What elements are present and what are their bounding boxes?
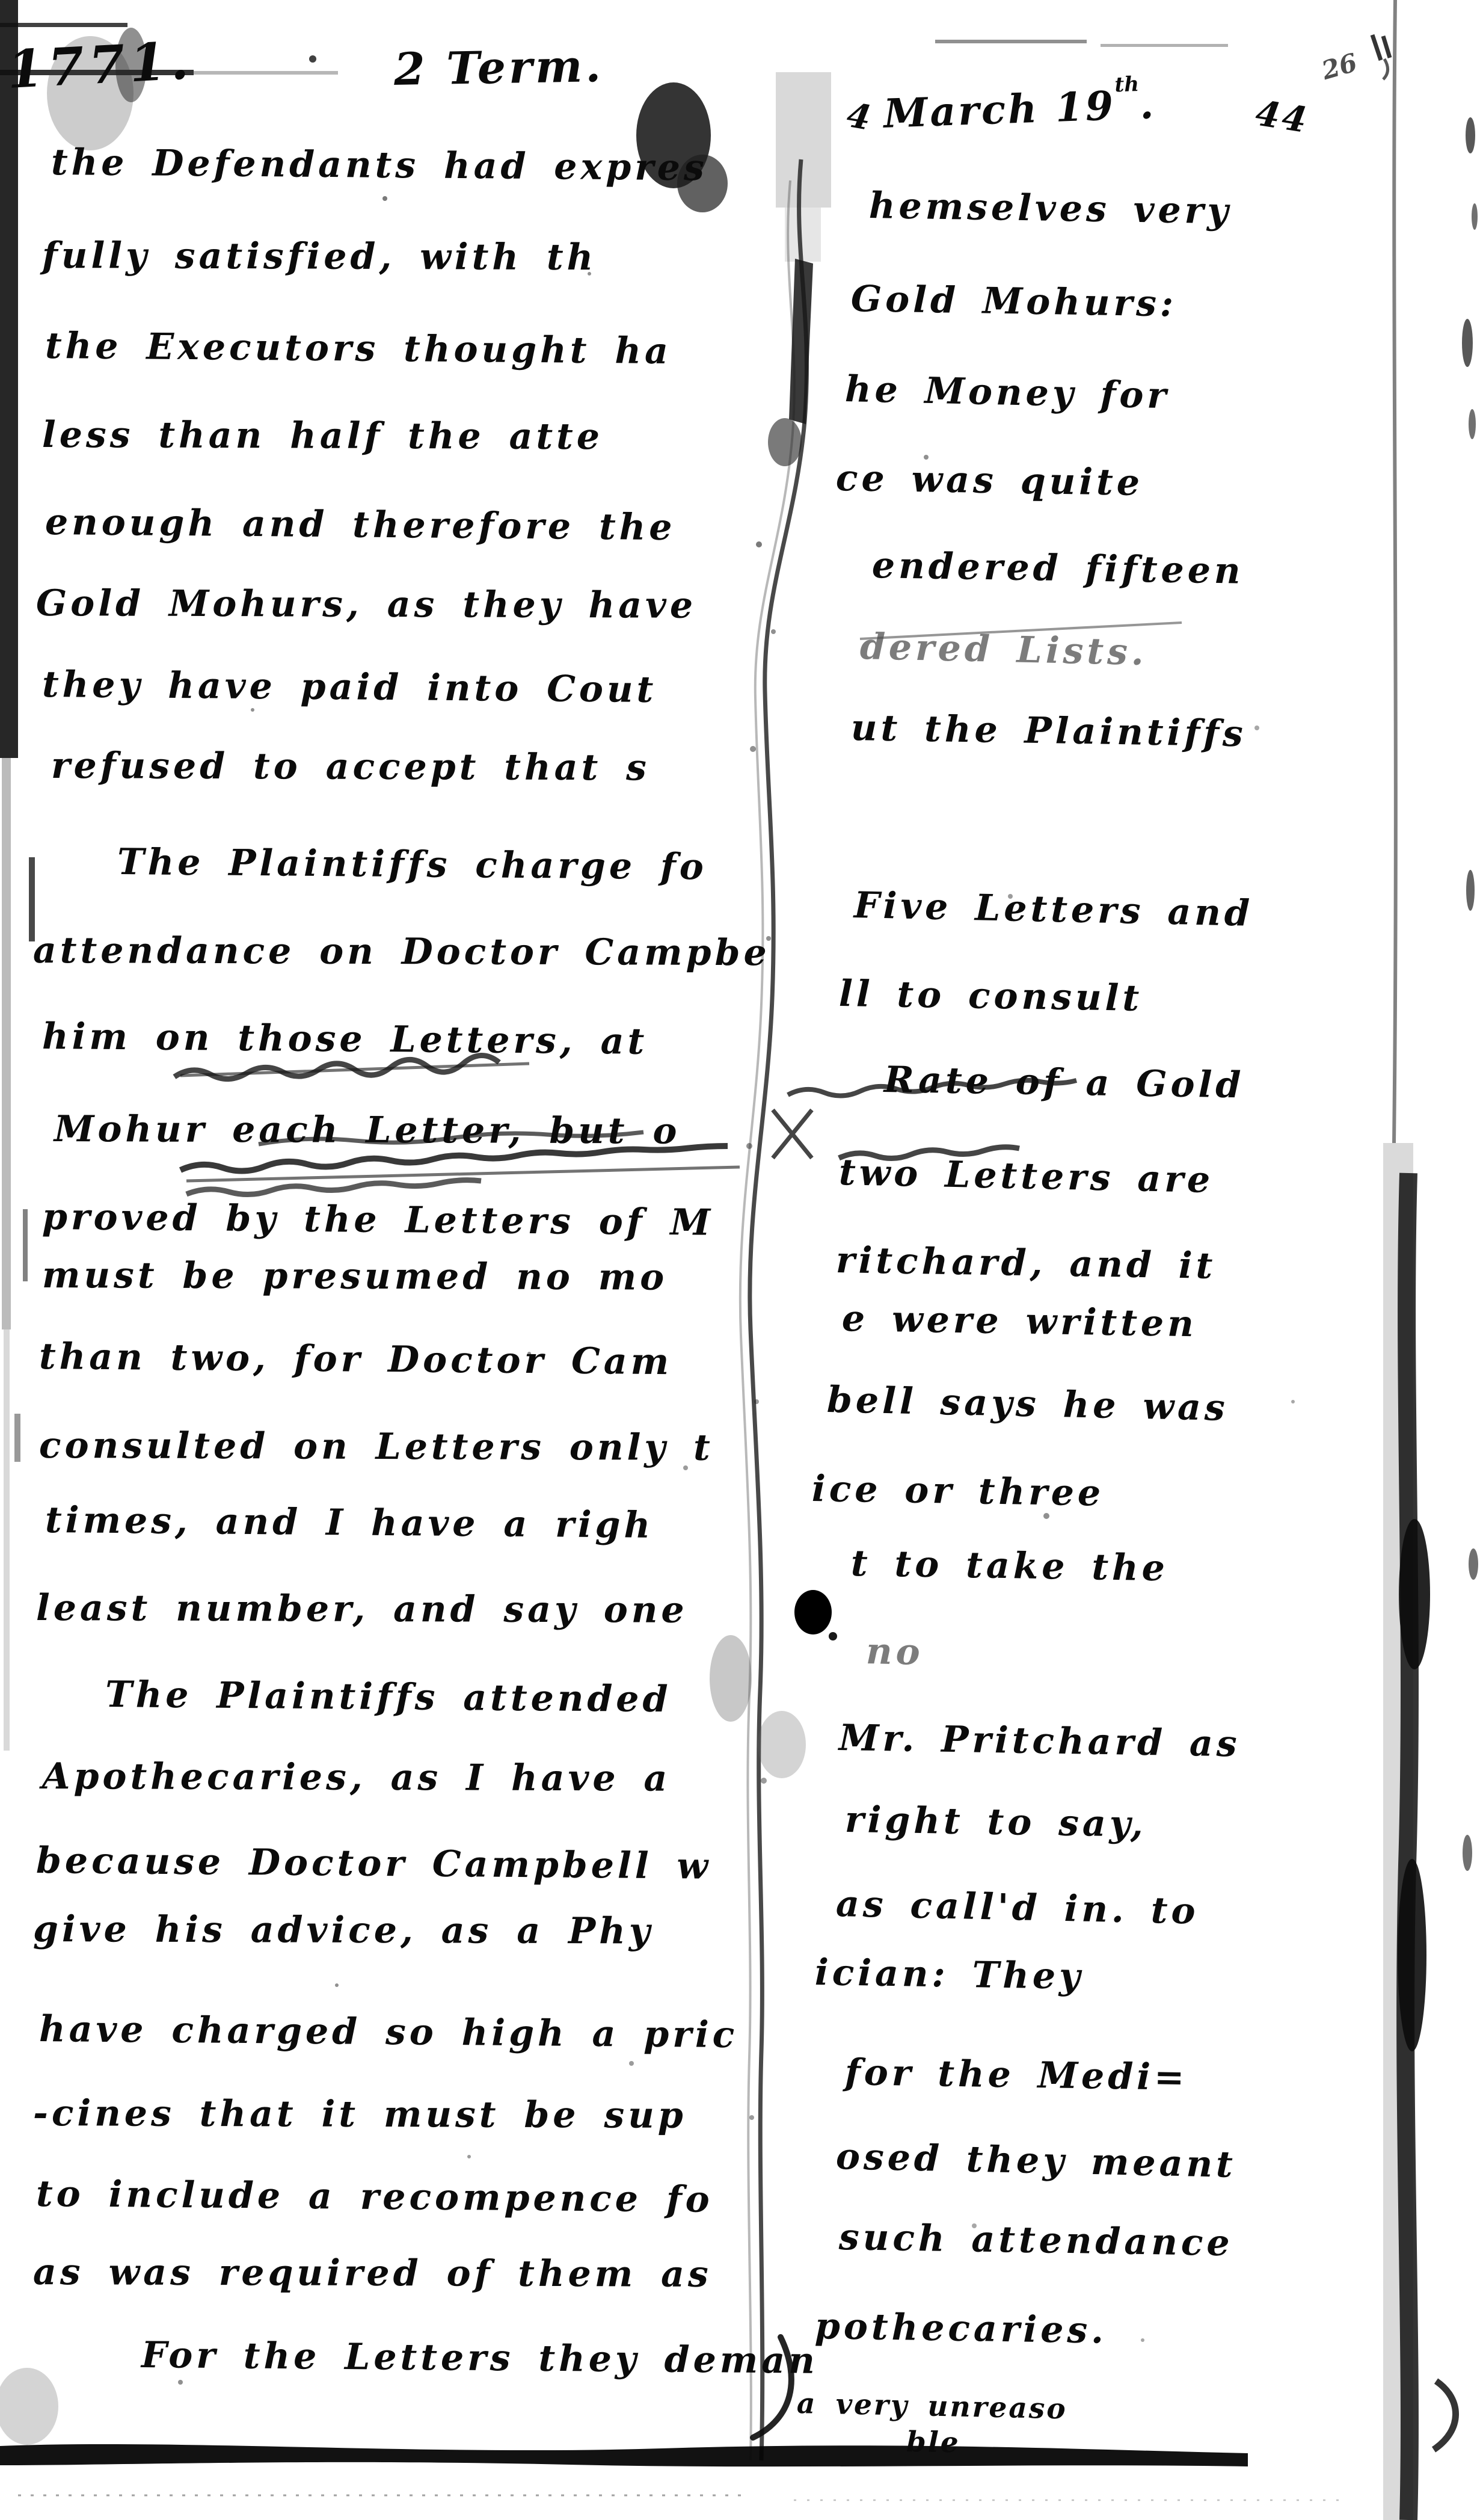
manuscript-line: Apothecaries, as I have aright to say,: [0, 1755, 1480, 1828]
line-left-fragment: Gold Mohurs, as they have: [36, 582, 696, 627]
line-right-fragment: Five Letters and: [853, 884, 1253, 935]
page-number: 44: [1253, 92, 1312, 141]
manuscript-line: fully satisfied, with thGold Mohurs:: [0, 235, 1480, 307]
line-right-fragment: no: [865, 1630, 924, 1674]
year-label: 1771.: [6, 30, 195, 100]
line-left-fragment: fully satisfied, with th: [42, 235, 597, 279]
manuscript-line: have charged so high a pricfor the Medi=: [0, 2008, 1480, 2080]
line-left-fragment: Apothecaries, as I have a: [42, 1755, 671, 1800]
line-left-fragment: The Plaintiffs charge fo: [117, 841, 707, 889]
manuscript-line: the Defendants had expreshemselves very: [0, 141, 1480, 214]
manuscript-line: him on those Letters, atRate of a Gold: [0, 1015, 1480, 1088]
line-right-fragment: two Letters are: [838, 1151, 1214, 1201]
line-right-fragment: ble: [906, 2426, 960, 2459]
line-left-fragment: times, and I have a righ: [45, 1499, 654, 1547]
manuscript-line: Mohur each Letter, but otwo Letters are: [0, 1108, 1480, 1180]
manuscript-line: attendance on Doctor Campbell to consult: [0, 929, 1480, 1002]
line-left-fragment: as was required of them as: [33, 2251, 712, 2296]
line-left-fragment: they have paid into Cout: [42, 664, 657, 711]
manuscript-line: The Plaintiffs charge foFive Letters and: [0, 841, 1480, 913]
line-left-fragment: enough and therefore the: [45, 501, 676, 549]
manuscript-line: must be presumed no moe were written: [0, 1254, 1480, 1326]
line-right-fragment: ll to consult: [838, 973, 1143, 1020]
line-left-fragment: For the Letters they deman: [141, 2334, 818, 2382]
line-left-fragment: the Executors thought ha: [45, 325, 672, 372]
date-period: .: [1139, 81, 1157, 128]
manuscript-line: least number, and say oneno: [0, 1587, 1480, 1659]
date-heading: 4March 19th.: [846, 72, 1157, 138]
line-right-fragment: Rate of a Gold: [883, 1059, 1244, 1106]
line-left-fragment: attendance on Doctor Campbe: [33, 929, 770, 974]
manuscript-line: than two, for Doctor Cambell says he was: [0, 1335, 1480, 1408]
line-left-fragment: give his advice, as a Phy: [33, 1908, 654, 1953]
manuscript-line: the Executors thought hahe Money for: [0, 325, 1480, 397]
line-right-fragment: hemselves very: [868, 185, 1232, 232]
line-left-fragment: The Plaintiffs attended: [105, 1674, 672, 1721]
manuscript-line: For the Letters they demana very unreaso: [0, 2334, 1480, 2406]
line-left-fragment: him on those Letters, at: [42, 1015, 648, 1063]
manuscript-line: times, and I have a right to take the: [0, 1499, 1480, 1571]
line-left-fragment: because Doctor Campbell w: [36, 1840, 712, 1888]
line-right-fragment: he Money for: [844, 368, 1170, 417]
manuscript-page: 1771. 2 Term. 4March 19th. 44 26 the Def…: [0, 0, 1480, 2520]
manuscript-line: refused to accept that s: [0, 745, 1480, 817]
manuscript-line: consulted on Letters only tice or three: [0, 1425, 1480, 1497]
line-left-fragment: refused to accept that s: [51, 745, 650, 789]
line-left-fragment: -cines that it must be sup: [33, 2092, 687, 2137]
manuscript-line: give his advice, as a Phyician: They: [0, 1908, 1480, 1980]
date-superscript: th: [1114, 72, 1140, 97]
manuscript-line: they have paid into Coutut the Plaintiff…: [0, 664, 1480, 736]
manuscript-line: The Plaintiffs attendedMr. Pritchard as: [0, 1674, 1480, 1746]
manuscript-line: Gold Mohurs, as they havedered Lists.: [0, 582, 1480, 655]
line-left-fragment: the Defendants had expres: [51, 141, 708, 189]
line-left-fragment: consulted on Letters only t: [39, 1425, 714, 1469]
line-left-fragment: than two, for Doctor Cam: [39, 1335, 673, 1383]
term-heading: 2 Term.: [393, 40, 604, 96]
date-text: March 19: [883, 82, 1116, 137]
line-right-fragment: ician: They: [814, 1952, 1084, 1998]
line-left-fragment: least number, and say one: [36, 1587, 688, 1631]
line-left-fragment: to include a recompence fo: [36, 2173, 713, 2221]
line-right-fragment: Gold Mohurs:: [850, 278, 1177, 325]
line-right-fragment: ce was quite: [835, 457, 1143, 504]
line-left-fragment: must be presumed no mo: [42, 1254, 668, 1299]
line-left-fragment: less than half the atte: [42, 414, 603, 458]
manuscript-line: ble: [0, 2420, 1480, 2492]
manuscript-line: enough and therefore theendered fifteen: [0, 501, 1480, 573]
manuscript-line: less than half the attece was quite: [0, 414, 1480, 486]
manuscript-line: as was required of them aspothecaries.: [0, 2251, 1480, 2323]
manuscript-line: to include a recompence fosuch attendanc…: [0, 2173, 1480, 2245]
corner-note: 26: [1318, 48, 1360, 85]
date-mark: 4: [844, 95, 876, 138]
manuscript-line: because Doctor Campbell was call'd in. t…: [0, 1840, 1480, 1912]
line-left-fragment: proved by the Letters of M: [42, 1196, 714, 1244]
manuscript-line: -cines that it must be suposed they mean…: [0, 2092, 1480, 2164]
line-left-fragment: have charged so high a pric: [39, 2008, 738, 2056]
line-right-fragment: right to say,: [844, 1799, 1147, 1846]
line-right-fragment: t to take the: [850, 1542, 1168, 1589]
line-left-fragment: Mohur each Letter, but o: [54, 1108, 681, 1153]
line-right-fragment: bell says he was: [826, 1379, 1229, 1429]
